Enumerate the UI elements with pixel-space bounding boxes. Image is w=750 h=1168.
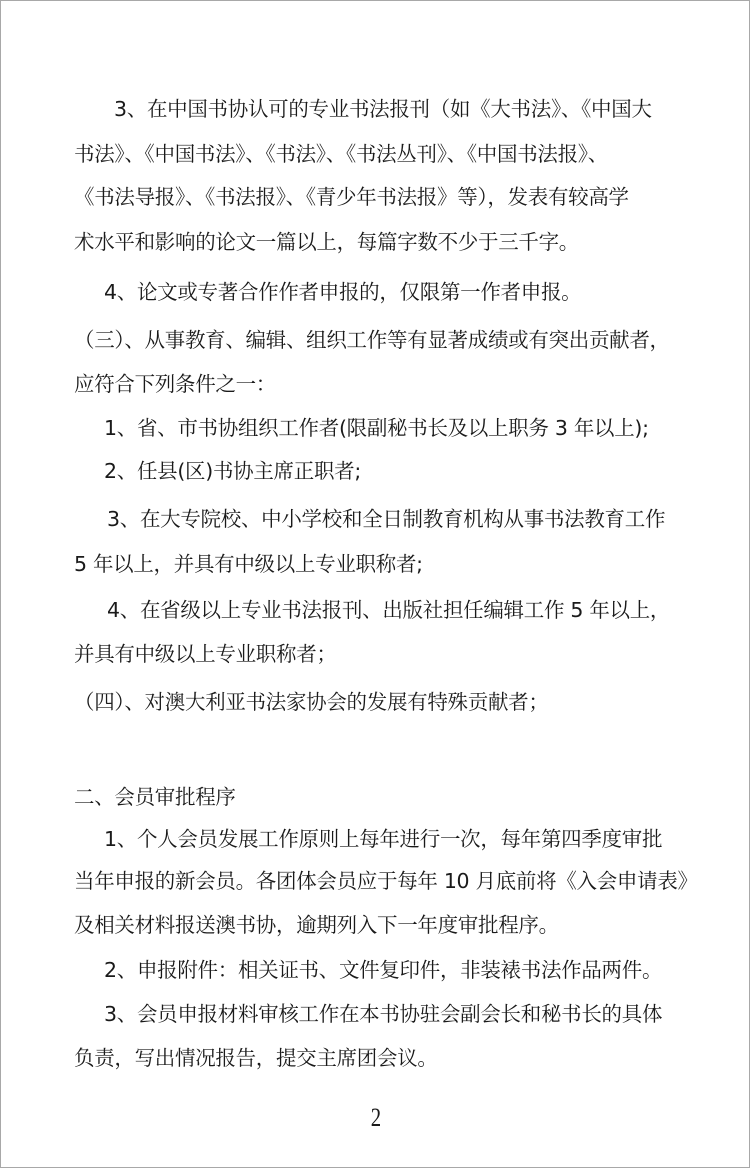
paragraph-line-18: 及相关材料报送澳书协，逾期列入下一年度审批程序。 (74, 911, 559, 939)
paragraph-line-5: 4、论文或专著合作作者申报的，仅限第一作者申报。 (104, 278, 581, 306)
paragraph-line-13: 并具有中级以上专业职称者； (74, 640, 337, 668)
paragraph-line-17: 当年申报的新会员。各团体会员应于每年 10 月底前将《入会申请表》 (74, 867, 698, 895)
paragraph-line-8: 1、省、市书协组织工作者(限副秘书长及以上职务 3 年以上); (104, 414, 649, 442)
document-page: 3、在中国书协认可的专业书法报刊（如《大书法》、《中国大 书法》、《中国书法》、… (0, 0, 750, 1168)
paragraph-line-21: 负责，写出情况报告，提交主席团会议。 (74, 1044, 438, 1072)
paragraph-line-4: 术水平和影响的论文一篇以上，每篇字数不少于三千字。 (74, 228, 579, 256)
section-heading-4: （四）、对澳大利亚书法家协会的发展有特殊贡献者； (74, 688, 549, 716)
page-number: 2 (76, 1103, 676, 1133)
paragraph-line-7: 应符合下列条件之一： (74, 370, 276, 398)
paragraph-line-16: 1、个人会员发展工作原则上每年进行一次，每年第四季度审批 (104, 825, 662, 853)
chapter-heading-2: 二、会员审批程序 (74, 783, 236, 811)
paragraph-line-11: 5 年以上，并具有中级以上专业职称者; (74, 550, 423, 578)
section-heading-3: （三）、从事教育、编辑、组织工作等有显著成绩或有突出贡献者， (74, 326, 670, 354)
paragraph-line-9: 2、任县(区)书协主席正职者; (104, 457, 361, 485)
paragraph-line-3: 《书法导报》、《书法报》、《青少年书法报》等），发表有较高学 (74, 183, 629, 211)
paragraph-line-2: 书法》、《中国书法》、《书法》、《书法丛刊》、《中国书法报》、 (74, 140, 608, 168)
paragraph-line-10: 3、在大专院校、中小学校和全日制教育机构从事书法教育工作 (107, 505, 665, 533)
paragraph-line-1: 3、在中国书协认可的专业书法报刊（如《大书法》、《中国大 (114, 95, 652, 123)
paragraph-line-20: 3、会员申报材料审核工作在本书协驻会副会长和秘书长的具体 (104, 1000, 662, 1028)
paragraph-line-12: 4、在省级以上专业书法报刊、出版社担任编辑工作 5 年以上， (107, 596, 670, 624)
paragraph-line-19: 2、申报附件：相关证书、文件复印件，非装裱书法作品两件。 (104, 956, 662, 984)
